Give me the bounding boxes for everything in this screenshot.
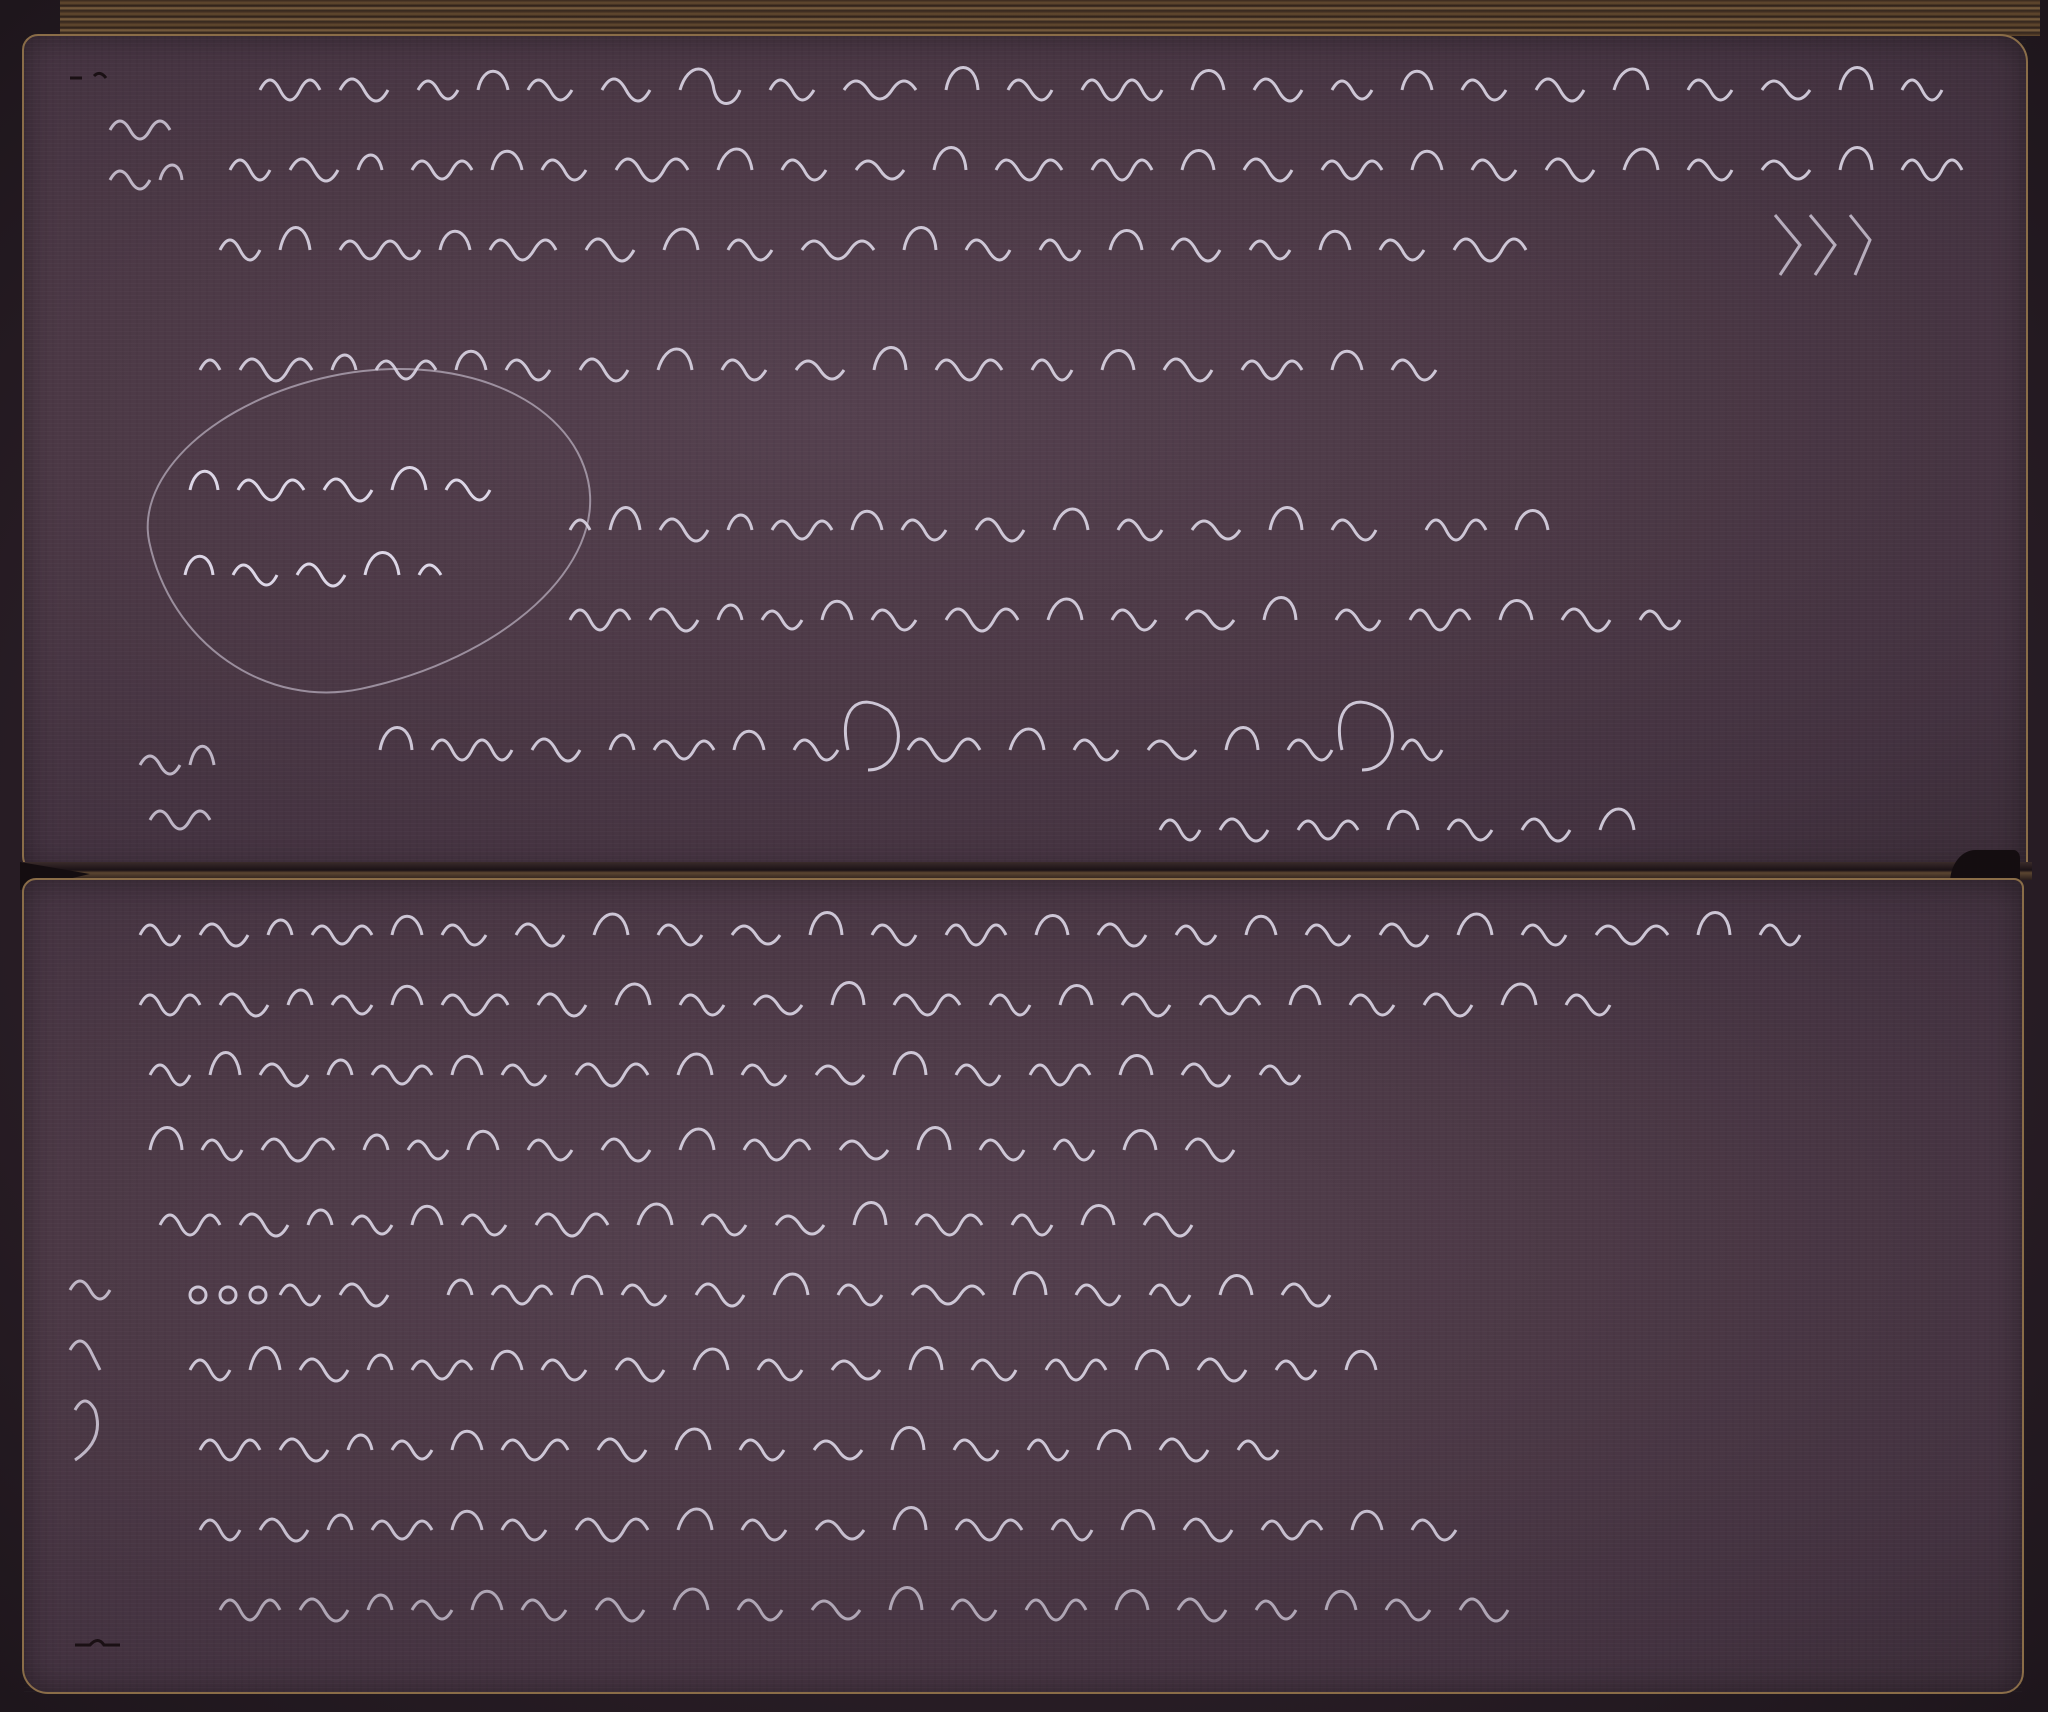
manuscript-line: ရာရူ၊ လျှော့ ရှုကာ်ဖောင်ခေါ်၊ မြေမြေ၊ ပရ… [230, 140, 1930, 200]
manuscript-line: ဝဝဝ ဂုတိ၊ ကွုံ မဆိုဂဝင် ကြွ ဝင်ဂကျော် ကာ… [190, 1265, 1650, 1325]
margin-note-left: ဝင် ကွ ဘ [60, 1260, 120, 1460]
margin-note-left: ပူဂိုး [100, 110, 190, 210]
margin-mark-bottom-left [70, 1630, 130, 1660]
manuscript-line: ဝန်မြို့ဘွား၊ လေညင်ရာဒ္ဒိမြို့သိမ်ပွင့်၊… [260, 60, 1820, 120]
circled-note-line: ရွှင်ငါးလံ ကျော် [190, 460, 520, 520]
manuscript-line [220, 1580, 1960, 1640]
chevron-marks-icon [1770, 210, 1890, 280]
margin-mark-top-left [60, 58, 180, 98]
manuscript-line: ရုဒ်ပုလော သပ်လုပ်ကြွား၊ ဆ်ခဆထဝပ် ဆေတံ မြ… [140, 975, 1860, 1035]
manuscript-line: ရှင်ထိ မြင့်ဘွဲ မြဲ မယောဝင် ဂုဒ္ဒိဝ်ကိုင… [160, 1195, 1660, 1255]
stacked-page-edges [60, 0, 2040, 36]
manuscript-line: ဆမြီး ၊ ကြော ပဲ မဘာ ဗိုလ်ဂဝ်ဂဝါ ၊ မဝ်ဂဝ်… [200, 1420, 1700, 1480]
circled-note-line: ဗိုလ်ဝင်တွဲ ၃ [185, 545, 455, 605]
manuscript-line: မ်ိဳဆ ဝ ဝ မြာ ၊ မြဲ ရှသိ ၊ မ ရှာ (ကြိုး)… [380, 720, 1900, 780]
manuscript-line: ထော်တဲသတ္တဲ ၂ ၊ တော်ရှကာ် ၂ ၊ တော လော ၁ … [570, 590, 1890, 650]
manuscript-line: ရာဒ္ဒိမြိုလေညင်နှစ်းခန်မြို့ဘွာဂဏိ်ရွော်… [570, 500, 1720, 560]
manuscript-line: ဆေရှုံ့ရှားလော်ပါ၊ ရကာ် ကျှိုရှိ ရှရော န… [150, 1045, 1680, 1105]
manuscript-line: ဝိဂဝ်ဝဝ် ဝဝ် ဝဝ်ဝိ ကဝ် ဝင်ဝ ၊ မဂဝ် ကို ဝ… [200, 1500, 1820, 1560]
manuscript-line: ဂ ထိုင်ဝေ ဂ မဂဝေ ယက် ဝိုင် ဂ တိုဝေ ဂဲ မယ… [190, 1340, 1760, 1400]
manuscript-line: ဒု ကြွက် ကြီး ပပော ပြိုင်ဟု လေ ရှေသား ကဲ… [220, 220, 1740, 280]
margin-note-left: ဥပဒေ [130, 725, 240, 845]
manuscript-line: ပွဲချု ရှုကြိုဘ် မြို့ ရှုဝ ဂဏ် ပြော မ်က… [150, 1120, 1670, 1180]
manuscript-line: ဝိတ်ဝံသင်၊ တဝေါ် ယိမ့်ငဥ ၊ [1160, 800, 1720, 860]
manuscript-line: ပတ်၊ယံ၊ ဝနုံ နောင်ဘွာ၊ ကွေတာ ကြွင်း ငယော… [140, 905, 1940, 965]
